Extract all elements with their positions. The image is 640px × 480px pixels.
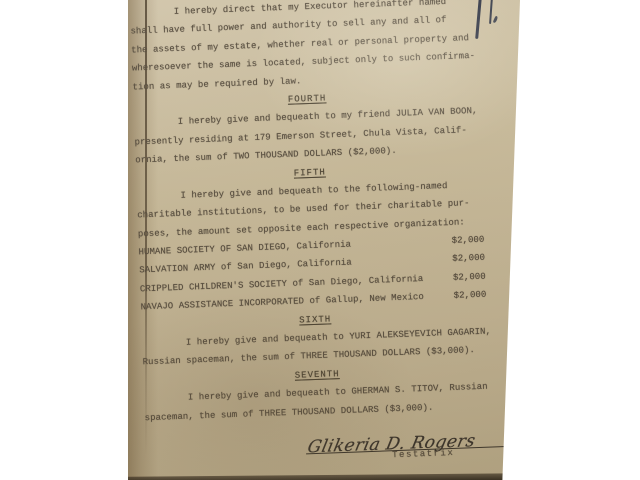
bequest-amount: $2,000 xyxy=(453,272,486,292)
document-photograph: I hereby direct that my Executor hereina… xyxy=(128,0,520,480)
section-heading-text: FOURTH xyxy=(288,93,327,104)
bequest-amount: $2,000 xyxy=(454,290,487,310)
signature-block: Glikeria D. Rogers Testatrix xyxy=(305,421,520,463)
bequest-amount: $2,000 xyxy=(452,253,485,273)
section-heading-text: FIFTH xyxy=(294,167,326,178)
section-heading-text: SIXTH xyxy=(299,314,331,325)
section-heading-text: SEVENTH xyxy=(295,369,340,381)
document-lines: I hereby direct that my Executor hereina… xyxy=(130,0,493,431)
typed-page: I hereby direct that my Executor hereina… xyxy=(130,0,495,469)
photo-background: I hereby direct that my Executor hereina… xyxy=(0,0,640,480)
desk-shadow xyxy=(128,473,520,480)
pen-tick-icon xyxy=(493,16,499,24)
bequest-amount: $2,000 xyxy=(452,235,485,255)
